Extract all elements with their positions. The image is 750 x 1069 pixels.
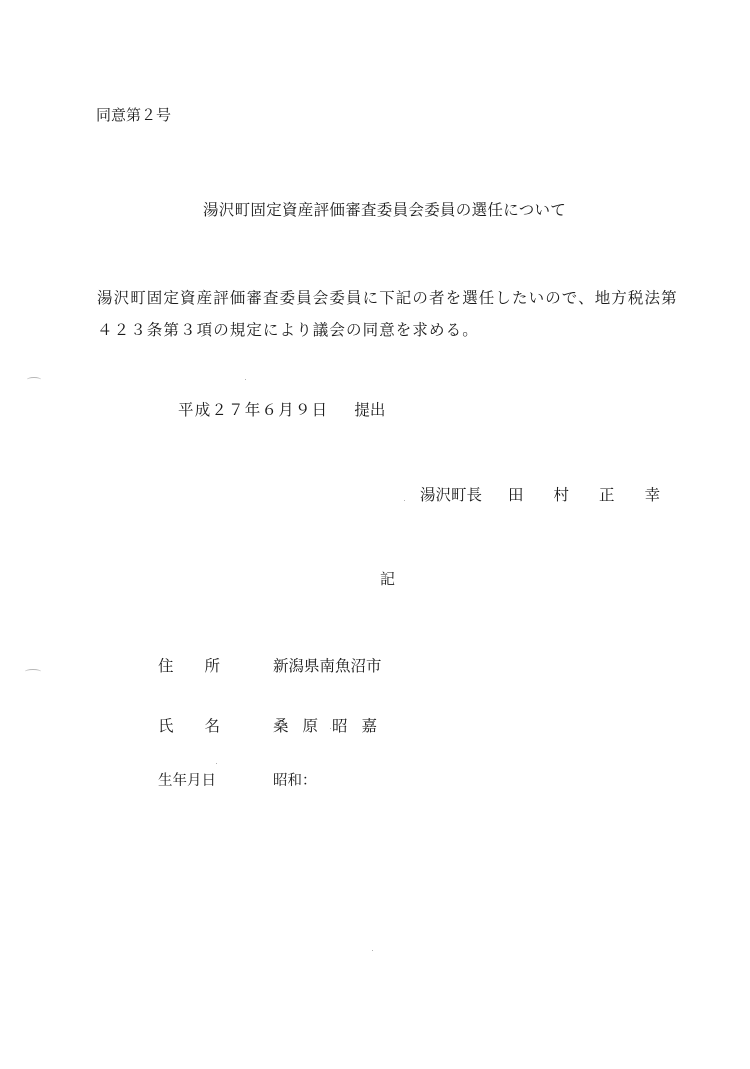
address-label-char: 住 — [158, 657, 174, 675]
name-char: 嘉 — [362, 717, 378, 735]
name-char: 昭 — [332, 717, 348, 735]
birthdate-label: 生年月日 — [158, 769, 216, 790]
submission-date-line: 平成２７年６月９日提出 — [178, 398, 385, 420]
scan-artifact — [25, 669, 41, 674]
scan-dot — [245, 379, 246, 380]
address-label-char: 所 — [205, 657, 221, 675]
name-label-char: 氏 — [158, 717, 174, 735]
document-number: 同意第２号 — [96, 104, 171, 125]
document-title: 湯沢町固定資産評価審査委員会委員の選任について — [203, 198, 566, 220]
submission-date: 平成２７年６月９日 — [178, 401, 328, 419]
scan-dot — [372, 950, 373, 951]
birthdate-value: 昭和： — [273, 769, 317, 790]
signer-name-char: 村 — [554, 486, 570, 504]
name-char: 原 — [303, 717, 319, 735]
body-text-line-2: ４２３条第３項の規定により議会の同意を求める。 — [97, 318, 479, 340]
name-label: 氏名 — [158, 714, 220, 736]
address-label: 住所 — [158, 654, 220, 676]
signer-line: 湯沢町長田村正幸 — [420, 483, 660, 505]
body-text-line-1: 湯沢町固定資産評価審査委員会委員に下記の者を選任したいので、地方税法第 — [97, 286, 678, 308]
name-char: 桑 — [273, 717, 289, 735]
scan-dot — [216, 763, 217, 764]
name-value: 桑原昭嘉 — [273, 714, 377, 736]
submission-action: 提出 — [354, 401, 385, 419]
name-label-char: 名 — [205, 717, 221, 735]
scan-dot — [404, 500, 405, 501]
address-value: 新潟県南魚沼市 — [273, 654, 382, 676]
scan-artifact — [27, 377, 41, 382]
ki-heading: 記 — [380, 568, 395, 589]
signer-name-char: 田 — [508, 486, 524, 504]
signer-name-char: 正 — [599, 486, 615, 504]
document-page: 同意第２号 湯沢町固定資産評価審査委員会委員の選任について 湯沢町固定資産評価審… — [0, 0, 750, 1069]
signer-title: 湯沢町長 — [420, 486, 482, 504]
signer-name-char: 幸 — [645, 486, 661, 504]
